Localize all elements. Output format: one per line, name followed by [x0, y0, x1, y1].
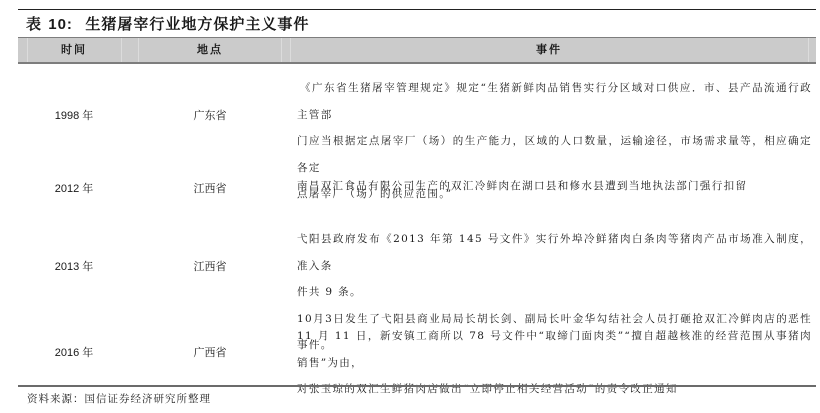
header-time: 时间	[18, 38, 130, 62]
event-line: 弋阳县政府发布《2013 年第 145 号文件》实行外埠冷鲜猪肉白条肉等猪肉产品…	[297, 226, 812, 279]
table-header: 时间 地点 事件	[18, 37, 816, 64]
cell-event: 南昌双汇食品有限公司生产的双汇冷鲜肉在湖口县和修水县遭到当地执法部门强行扣留	[297, 173, 812, 200]
header-divider	[281, 38, 282, 62]
cell-place: 广西省	[160, 344, 260, 360]
event-line: 件共 9 条。	[297, 279, 812, 306]
cell-event: 11 月 11 日，新安镇工商所以 78 号文件中“取缔门面肉类”“擅自超越核准…	[297, 323, 812, 403]
cell-time: 1998 年	[18, 107, 130, 123]
source-note: 资料来源：国信证券经济研究所整理	[27, 391, 211, 406]
event-line: 对张玉琼的双汇生鲜猪肉店做出“立即停止相关经营活动”的责令改正通知	[297, 376, 812, 403]
title-text: 生猪屠宰行业地方保护主义事件	[73, 15, 309, 33]
cell-time: 2016 年	[18, 344, 130, 360]
cell-time: 2012 年	[18, 180, 130, 196]
table-title: 表 10: 生猪屠宰行业地方保护主义事件	[26, 13, 309, 34]
header-place: 地点	[160, 38, 260, 62]
header-event: 事件	[290, 38, 808, 62]
cell-place: 江西省	[160, 258, 260, 274]
cell-time: 2013 年	[18, 258, 130, 274]
header-divider	[808, 38, 809, 62]
bottom-rule	[18, 385, 816, 387]
title-prefix: 表	[26, 15, 48, 33]
event-line: 《广东省生猪屠宰管理规定》规定“生猪新鲜肉品销售实行分区域对口供应．市、县产品流…	[297, 75, 812, 128]
event-line: 南昌双汇食品有限公司生产的双汇冷鲜肉在湖口县和修水县遭到当地执法部门强行扣留	[297, 173, 812, 200]
event-line: 11 月 11 日，新安镇工商所以 78 号文件中“取缔门面肉类”“擅自超越核准…	[297, 323, 812, 376]
header-divider	[138, 38, 139, 62]
title-number: 10:	[48, 16, 73, 33]
cell-place: 广东省	[160, 107, 260, 123]
top-rule	[18, 9, 816, 10]
cell-place: 江西省	[160, 180, 260, 196]
